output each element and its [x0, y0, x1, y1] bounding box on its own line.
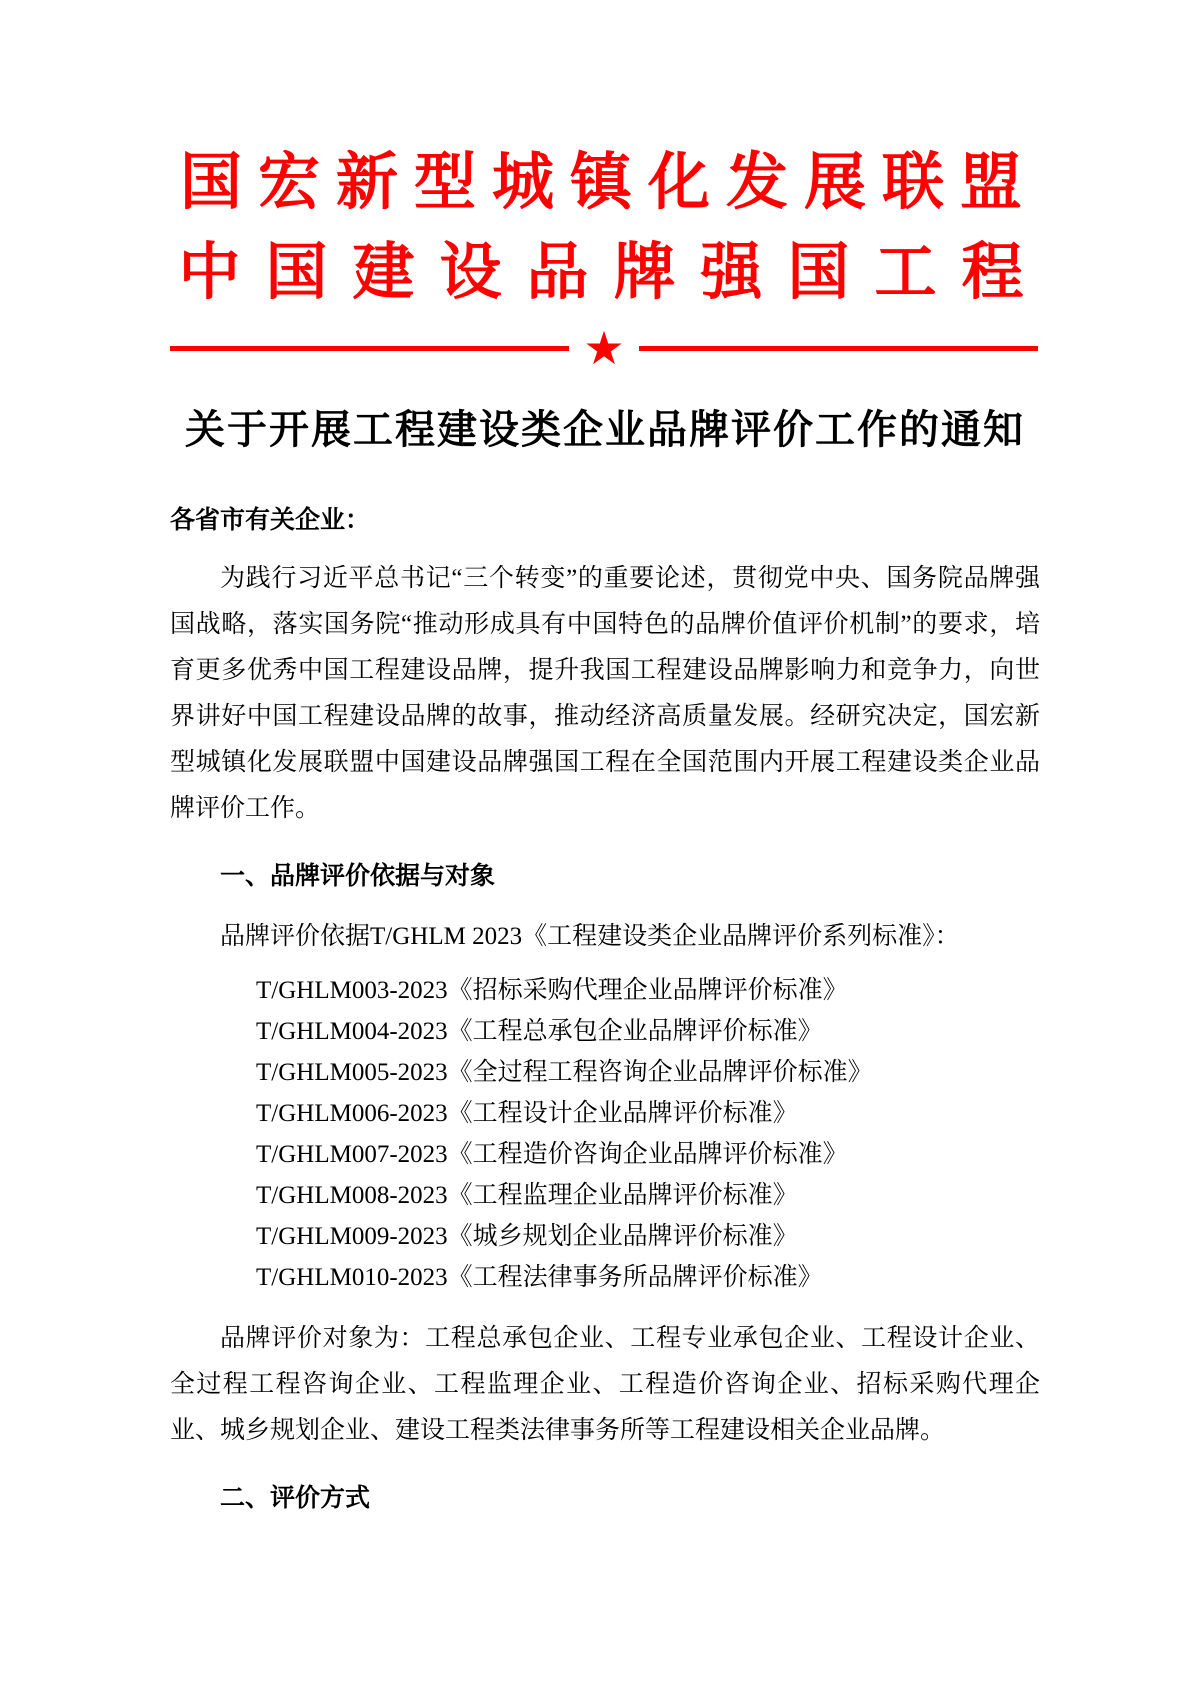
- section-2-heading: 二、评价方式: [170, 1478, 1040, 1518]
- standard-item: T/GHLM005-2023《全过程工程咨询企业品牌评价标准》: [256, 1052, 1040, 1093]
- letterhead-divider: ★: [170, 324, 1038, 372]
- standard-item: T/GHLM003-2023《招标采购代理企业品牌评价标准》: [256, 970, 1040, 1011]
- divider-line-right: [639, 346, 1038, 351]
- standard-item: T/GHLM008-2023《工程监理企业品牌评价标准》: [256, 1175, 1040, 1216]
- star-icon: ★: [583, 324, 624, 372]
- targets-paragraph: 品牌评价对象为：工程总承包企业、工程专业承包企业、工程设计企业、全过程工程咨询企…: [170, 1316, 1040, 1454]
- letterhead-line-2: 中国建设品牌强国工程: [0, 228, 1202, 318]
- intro-paragraph: 为践行习近平总书记“三个转变”的重要论述，贯彻党中央、国务院品牌强国战略，落实国…: [170, 556, 1040, 832]
- standard-item: T/GHLM006-2023《工程设计企业品牌评价标准》: [256, 1093, 1040, 1134]
- standard-item: T/GHLM010-2023《工程法律事务所品牌评价标准》: [256, 1257, 1040, 1298]
- document-page: 国宏新型城镇化发展联盟 中国建设品牌强国工程 ★ 关于开展工程建设类企业品牌评价…: [0, 0, 1202, 1699]
- standard-item: T/GHLM004-2023《工程总承包企业品牌评价标准》: [256, 1011, 1040, 1052]
- notice-title: 关于开展工程建设类企业品牌评价工作的通知: [170, 404, 1040, 456]
- basis-intro-paragraph: 品牌评价依据T/GHLM 2023《工程建设类企业品牌评价系列标准》：: [170, 914, 1040, 960]
- letterhead: 国宏新型城镇化发展联盟 中国建设品牌强国工程 ★: [0, 0, 1202, 372]
- standard-item: T/GHLM009-2023《城乡规划企业品牌评价标准》: [256, 1216, 1040, 1257]
- divider-line-left: [170, 346, 569, 351]
- standard-item: T/GHLM007-2023《工程造价咨询企业品牌评价标准》: [256, 1134, 1040, 1175]
- salutation: 各省市有关企业：: [170, 502, 1040, 538]
- standards-list: T/GHLM003-2023《招标采购代理企业品牌评价标准》 T/GHLM004…: [170, 970, 1040, 1298]
- section-1-heading: 一、品牌评价依据与对象: [170, 856, 1040, 896]
- letterhead-line-1: 国宏新型城镇化发展联盟: [0, 138, 1202, 228]
- notice-body: 关于开展工程建设类企业品牌评价工作的通知 各省市有关企业： 为践行习近平总书记“…: [170, 404, 1040, 1518]
